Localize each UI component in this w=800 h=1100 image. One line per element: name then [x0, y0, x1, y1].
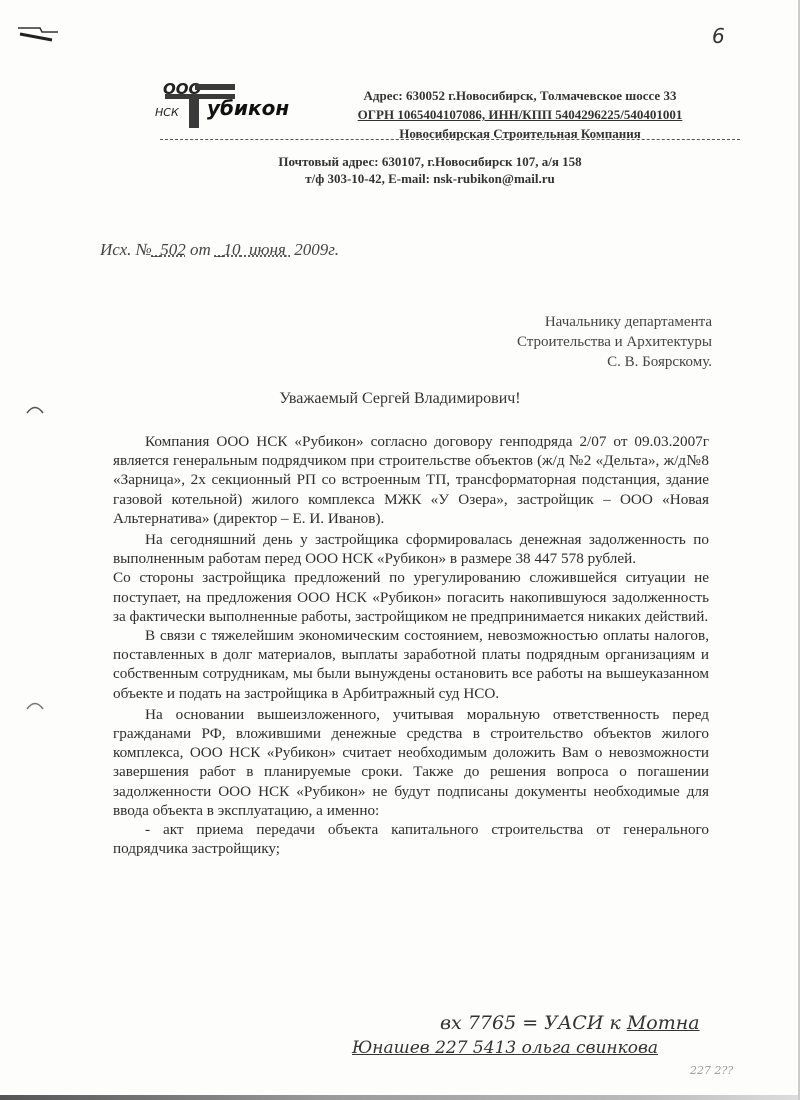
letter-body: Компания ООО НСК «Рубикон» согласно дого…	[113, 432, 709, 858]
paragraph-contract: Компания ООО НСК «Рубикон» согласно дого…	[113, 432, 709, 528]
outgoing-year: 2009г.	[294, 240, 339, 259]
greeting: Уважаемый Сергей Владимирович!	[0, 390, 800, 408]
logo-brand: убикон	[207, 96, 289, 120]
handwritten-incoming-number: вх 7765 = УАСИ к Мотна	[440, 1012, 700, 1034]
paragraph-debt: На сегодняшний день у застройщика сформи…	[113, 530, 709, 568]
handwritten-resolution: Юнашев 227 5413 ольга свинкова	[352, 1038, 658, 1058]
company-registration: ОГРН 1065404107086, ИНН/КПП 5404296225/5…	[320, 105, 720, 124]
handwritten-faint-note: 227 2??	[690, 1064, 733, 1077]
addressee-block: Начальнику департамента Строительства и …	[440, 312, 712, 372]
postal-block: Почтовый адрес: 630107, г.Новосибирск 10…	[230, 153, 630, 187]
company-address: Адрес: 630052 г.Новосибирск, Толмачевско…	[320, 86, 720, 105]
handwritten-text: Мотна	[627, 1012, 700, 1034]
paragraph-works-stopped: В связи с тяжелейшим экономическим состо…	[113, 626, 709, 703]
outgoing-day: 10	[223, 240, 240, 259]
page-number: 6	[712, 24, 725, 48]
scan-bottom-edge	[0, 1095, 800, 1100]
paragraph-no-proposals: Со стороны застройщика предложений по ур…	[113, 568, 709, 626]
letterhead-details: Адрес: 630052 г.Новосибирск, Толмачевско…	[320, 86, 720, 143]
outgoing-prefix: Исх. №	[100, 240, 152, 259]
outgoing-month: июня	[249, 240, 286, 259]
letterhead-divider	[160, 139, 740, 141]
postal-address: Почтовый адрес: 630107, г.Новосибирск 10…	[230, 153, 630, 170]
company-logo: ООО НСК убикон	[155, 78, 295, 130]
scanned-letter-page: 6 ООО НСК убикон Адрес: 630052 г.Новосиб…	[0, 0, 800, 1100]
paragraph-conclusion: На основании вышеизложенного, учитывая м…	[113, 705, 709, 820]
logo-stripe	[195, 84, 235, 90]
logo-abbr: НСК	[155, 106, 179, 119]
punch-hole-icon	[26, 700, 44, 710]
handwritten-text: вх 7765 = УАСИ к	[440, 1012, 621, 1034]
addressee-title: Начальнику департамента	[440, 312, 712, 332]
staple-mark-icon	[18, 24, 78, 46]
addressee-name: С. В. Боярскому.	[440, 352, 712, 372]
outgoing-from: от	[190, 240, 211, 259]
outgoing-number: 502	[160, 240, 186, 259]
logo-r-letter-icon	[189, 94, 199, 128]
addressee-department: Строительства и Архитектуры	[440, 332, 712, 352]
list-item-acceptance-act: - акт приема передачи объекта капитально…	[113, 820, 709, 858]
outgoing-reference: Исх. №_502 от _10 июня 2009г.	[100, 240, 339, 260]
company-contacts: т/ф 303-10-42, E-mail: nsk-rubikon@mail.…	[230, 170, 630, 187]
